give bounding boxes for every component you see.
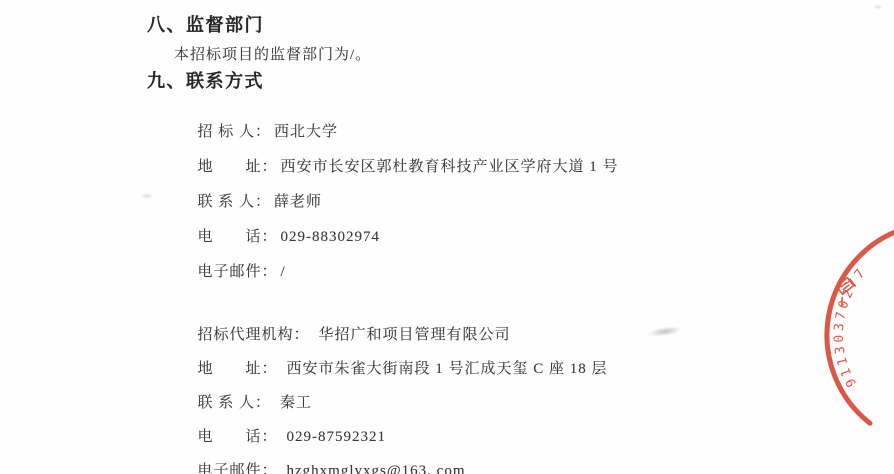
field-value: hzghxmglyxgs@163. com	[287, 463, 466, 474]
field-label: 电 话：	[198, 227, 278, 248]
field-value: 华招广和项目管理有限公司	[319, 327, 511, 343]
tenderer-contact-block: 招 标 人：西北大学 地 址：西安市长安区郭杜教育科技产业区学府大道 1 号 联…	[169, 101, 619, 276]
field-value: 029-88302974	[281, 229, 381, 245]
field-label: 电 话：	[198, 427, 278, 448]
field-label: 地 址：	[198, 359, 278, 380]
supervision-body-text: 本招标项目的监督部门为/。	[174, 43, 371, 64]
field-label: 联 系 人：	[198, 393, 272, 414]
field-value: 西北大学	[274, 124, 338, 140]
official-seal-icon: 91130370277	[812, 226, 894, 438]
field-value: 西安市长安区郭杜教育科技产业区学府大道 1 号	[281, 159, 619, 175]
scan-noise-mark	[648, 325, 683, 339]
agency-name-row: 招标代理机构：华招广和项目管理有限公司	[169, 304, 608, 338]
field-value: 秦工	[280, 395, 312, 411]
field-label: 联 系 人：	[198, 192, 272, 213]
document-page: 八、监督部门 本招标项目的监督部门为/。 九、联系方式 招 标 人：西北大学 地…	[0, 0, 894, 474]
field-value: /	[281, 264, 286, 280]
field-label: 招 标 人：	[198, 122, 272, 143]
field-value: 薛老师	[274, 194, 322, 210]
field-value: 029-87592321	[287, 429, 387, 445]
field-label: 电子邮件：	[198, 262, 278, 283]
scan-noise-mark	[873, 4, 883, 10]
field-label: 电子邮件：	[198, 461, 278, 474]
scan-noise-mark	[140, 193, 154, 199]
tenderer-name-row: 招 标 人：西北大学	[169, 101, 619, 136]
field-label: 招标代理机构：	[198, 325, 310, 346]
field-value: 西安市朱雀大街南段 1 号汇成天玺 C 座 18 层	[287, 361, 608, 377]
section-heading-supervision: 八、监督部门	[147, 11, 264, 37]
section-heading-contact: 九、联系方式	[147, 67, 264, 93]
field-label: 地 址：	[198, 157, 278, 178]
agency-contact-block: 招标代理机构：华招广和项目管理有限公司 地 址：西安市朱雀大街南段 1 号汇成天…	[169, 304, 608, 474]
